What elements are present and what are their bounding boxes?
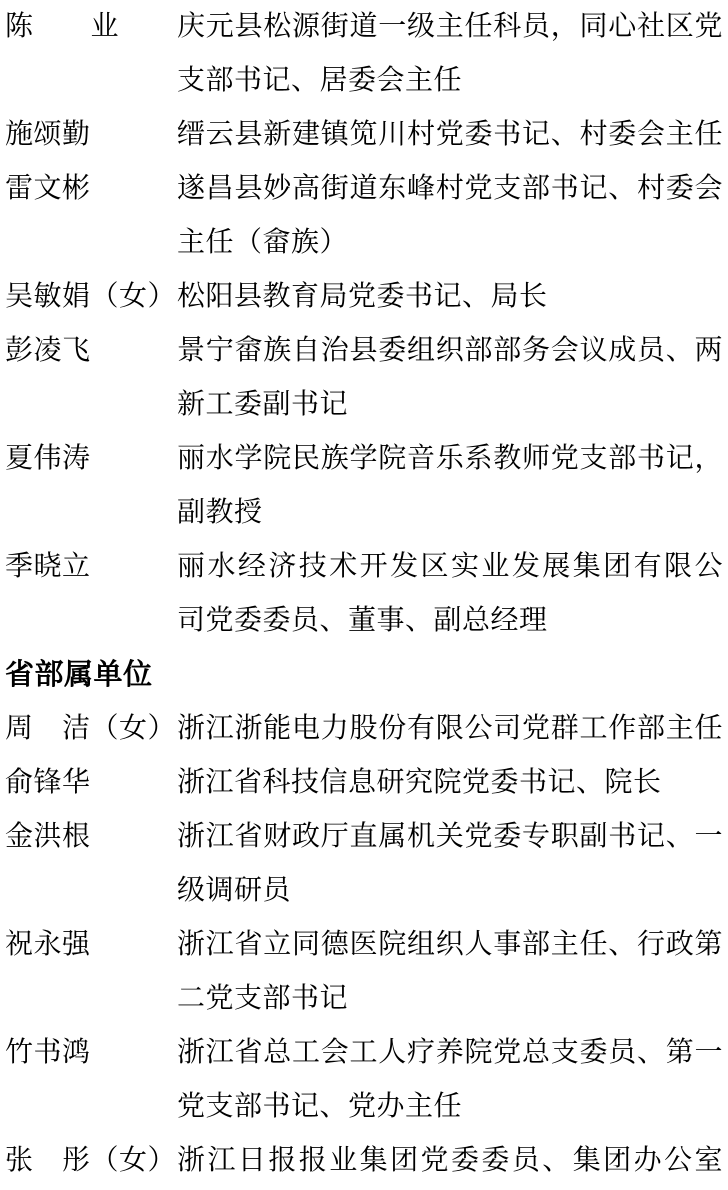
entry-name: 金洪根	[5, 810, 177, 864]
entry-name: 祝永强	[5, 918, 177, 972]
roster-entry: 夏伟涛丽水学院民族学院音乐系教师党支部书记，副教授	[5, 432, 723, 540]
description-line: 副教授	[177, 486, 723, 540]
entry-name: 俞锋华	[5, 756, 177, 810]
roster-entry: 陈 业庆元县松源街道一级主任科员，同心社区党支部书记、居委会主任	[5, 0, 723, 108]
description-line: 浙江浙能电力股份有限公司党群工作部主任	[177, 702, 723, 756]
description-line: 庆元县松源街道一级主任科员，同心社区党	[177, 0, 723, 54]
entry-description: 浙江浙能电力股份有限公司党群工作部主任	[177, 702, 723, 756]
description-line: 景宁畲族自治县委组织部部务会议成员、两	[177, 324, 723, 378]
roster-entry: 雷文彬遂昌县妙高街道东峰村党支部书记、村委会主任（畲族）	[5, 162, 723, 270]
description-line: 浙江省财政厅直属机关党委专职副书记、一	[177, 810, 723, 864]
entry-name: 施颂勤	[5, 108, 177, 162]
roster-entry: 俞锋华浙江省科技信息研究院党委书记、院长	[5, 756, 723, 810]
roster-entry: 竹书鸿浙江省总工会工人疗养院党总支委员、第一党支部书记、党办主任	[5, 1026, 723, 1134]
section-header: 省部属单位	[5, 648, 723, 702]
entry-description: 景宁畲族自治县委组织部部务会议成员、两新工委副书记	[177, 324, 723, 432]
entry-description: 浙江日报报业集团党委委员、集团办公室	[177, 1134, 723, 1188]
description-line: 松阳县教育局党委书记、局长	[177, 270, 723, 324]
entry-description: 浙江省科技信息研究院党委书记、院长	[177, 756, 723, 810]
roster-entry: 周 洁（女）浙江浙能电力股份有限公司党群工作部主任	[5, 702, 723, 756]
description-line: 二党支部书记	[177, 972, 723, 1026]
roster-entry: 金洪根浙江省财政厅直属机关党委专职副书记、一级调研员	[5, 810, 723, 918]
entry-description: 庆元县松源街道一级主任科员，同心社区党支部书记、居委会主任	[177, 0, 723, 108]
entry-name: 陈 业	[5, 0, 177, 54]
entry-name: 周 洁（女）	[5, 702, 177, 756]
description-line: 新工委副书记	[177, 378, 723, 432]
entry-name: 吴敏娟（女）	[5, 270, 177, 324]
roster-entry: 吴敏娟（女）松阳县教育局党委书记、局长	[5, 270, 723, 324]
document-page: 陈 业庆元县松源街道一级主任科员，同心社区党支部书记、居委会主任施颂勤缙云县新建…	[0, 0, 728, 1190]
entry-description: 松阳县教育局党委书记、局长	[177, 270, 723, 324]
description-line: 浙江日报报业集团党委委员、集团办公室	[177, 1134, 723, 1188]
description-line: 党支部书记、党办主任	[177, 1080, 723, 1134]
description-line: 缙云县新建镇笕川村党委书记、村委会主任	[177, 108, 723, 162]
roster-entry: 祝永强浙江省立同德医院组织人事部主任、行政第二党支部书记	[5, 918, 723, 1026]
description-line: 级调研员	[177, 864, 723, 918]
entry-description: 遂昌县妙高街道东峰村党支部书记、村委会主任（畲族）	[177, 162, 723, 270]
entry-description: 浙江省总工会工人疗养院党总支委员、第一党支部书记、党办主任	[177, 1026, 723, 1134]
roster-entry: 张 彤（女）浙江日报报业集团党委委员、集团办公室	[5, 1134, 723, 1188]
description-line: 司党委委员、董事、副总经理	[177, 594, 723, 648]
description-line: 丽水经济技术开发区实业发展集团有限公	[177, 540, 723, 594]
entry-description: 丽水经济技术开发区实业发展集团有限公司党委委员、董事、副总经理	[177, 540, 723, 648]
description-line: 支部书记、居委会主任	[177, 54, 723, 108]
entry-description: 缙云县新建镇笕川村党委书记、村委会主任	[177, 108, 723, 162]
entry-name: 雷文彬	[5, 162, 177, 216]
entry-name: 张 彤（女）	[5, 1134, 177, 1188]
entry-name: 竹书鸿	[5, 1026, 177, 1080]
description-line: 浙江省科技信息研究院党委书记、院长	[177, 756, 723, 810]
description-line: 遂昌县妙高街道东峰村党支部书记、村委会	[177, 162, 723, 216]
entry-name: 夏伟涛	[5, 432, 177, 486]
entry-name: 彭凌飞	[5, 324, 177, 378]
roster: 陈 业庆元县松源街道一级主任科员，同心社区党支部书记、居委会主任施颂勤缙云县新建…	[5, 0, 723, 1188]
entry-description: 浙江省财政厅直属机关党委专职副书记、一级调研员	[177, 810, 723, 918]
roster-entry: 季晓立丽水经济技术开发区实业发展集团有限公司党委委员、董事、副总经理	[5, 540, 723, 648]
entry-name: 季晓立	[5, 540, 177, 594]
description-line: 丽水学院民族学院音乐系教师党支部书记，	[177, 432, 723, 486]
description-line: 浙江省总工会工人疗养院党总支委员、第一	[177, 1026, 723, 1080]
roster-entry: 彭凌飞景宁畲族自治县委组织部部务会议成员、两新工委副书记	[5, 324, 723, 432]
entry-description: 浙江省立同德医院组织人事部主任、行政第二党支部书记	[177, 918, 723, 1026]
roster-entry: 施颂勤缙云县新建镇笕川村党委书记、村委会主任	[5, 108, 723, 162]
description-line: 浙江省立同德医院组织人事部主任、行政第	[177, 918, 723, 972]
description-line: 主任（畲族）	[177, 216, 723, 270]
entry-description: 丽水学院民族学院音乐系教师党支部书记，副教授	[177, 432, 723, 540]
